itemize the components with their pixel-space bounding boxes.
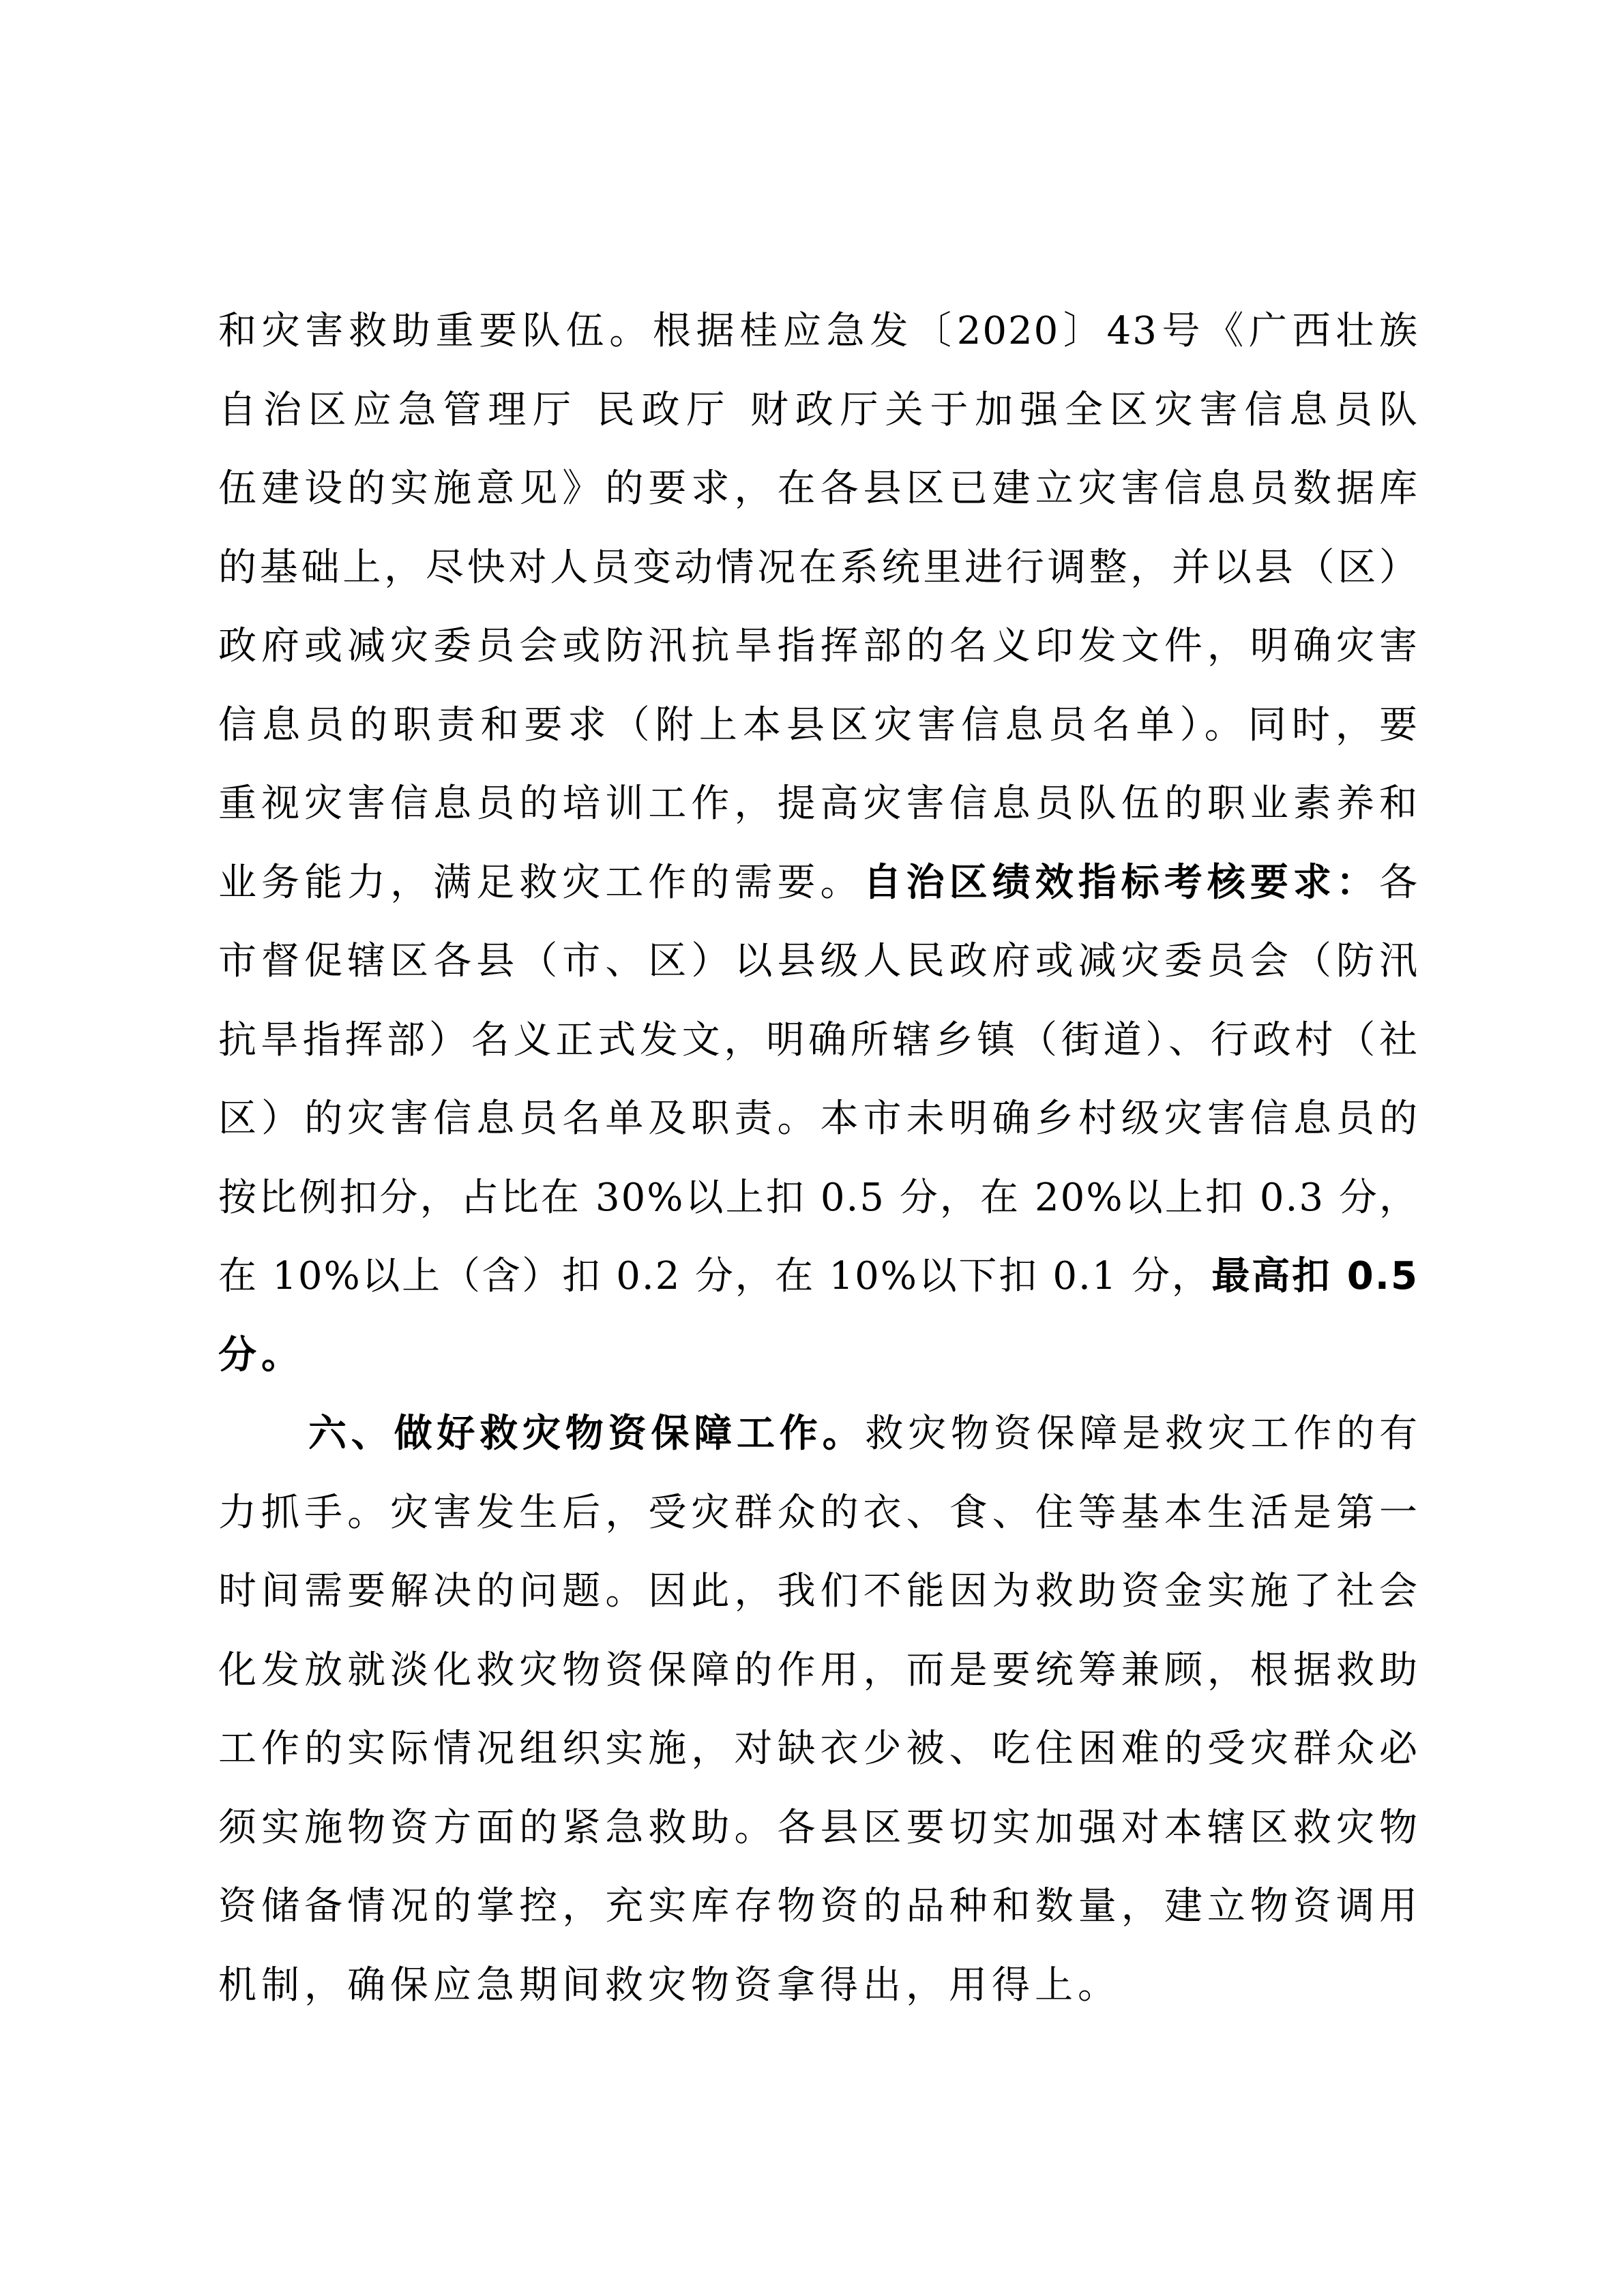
text-segment: 时间需要解决的问题。因此，我们不能因为救助资金实施了社会: [218, 1569, 1419, 1613]
text-line: 市督促辖区各县（市、区）以县级人民政府或减灾委员会（防汛: [218, 922, 1419, 1001]
max-deduction-text: 最高扣 0.5: [1211, 1254, 1419, 1298]
text-line: 在 10%以上（含）扣 0.2 分，在 10%以下扣 0.1 分，最高扣 0.5: [218, 1237, 1419, 1316]
text-segment: 化发放就淡化救灾物资保障的作用，而是要统筹兼顾，根据救助: [218, 1648, 1419, 1693]
document-body: 和灾害救助重要队伍。根据桂应急发〔2020〕43号《广西壮族 自治区应急管理厅 …: [218, 292, 1419, 2025]
text-line: 政府或减灾委员会或防汛抗旱指挥部的名义印发文件，明确灾害: [218, 607, 1419, 686]
text-line: 力抓手。灾害发生后，受灾群众的衣、食、住等基本生活是第一: [218, 1474, 1419, 1553]
text-segment: 业务能力，满足救灾工作的需要。: [218, 861, 863, 905]
text-line: 时间需要解决的问题。因此，我们不能因为救助资金实施了社会: [218, 1552, 1419, 1631]
text-line: 化发放就淡化救灾物资保障的作用，而是要统筹兼顾，根据救助: [218, 1631, 1419, 1710]
section-six-heading: 六、做好救灾物资保障工作。: [308, 1412, 865, 1456]
text-segment: 机制，确保应急期间救灾物资拿得出，用得上。: [218, 1963, 1121, 2008]
text-line: 伍建设的实施意见》的要求，在各县区已建立灾害信息员数据库: [218, 449, 1419, 528]
text-line: 抗旱指挥部）名义正式发文，明确所辖乡镇（街道）、行政村（社: [218, 1001, 1419, 1080]
max-deduction-text: 分。: [218, 1333, 304, 1377]
document-page: 和灾害救助重要队伍。根据桂应急发〔2020〕43号《广西壮族 自治区应急管理厅 …: [0, 0, 1624, 2296]
text-segment: 各: [1379, 861, 1419, 905]
section-heading-line: 六、做好救灾物资保障工作。救灾物资保障是救灾工作的有: [218, 1395, 1419, 1474]
text-segment: 区）的灾害信息员名单及职责。本市未明确乡村级灾害信息员的: [218, 1097, 1419, 1141]
text-segment: 信息员的职责和要求（附上本县区灾害信息员名单）。同时，要: [218, 703, 1419, 747]
text-line: 按比例扣分，占比在 30%以上扣 0.5 分，在 20%以上扣 0.3 分，: [218, 1159, 1419, 1238]
text-segment: 自治区应急管理厅 民政厅 财政厅关于加强全区灾害信息员队: [218, 388, 1419, 432]
text-line: 自治区应急管理厅 民政厅 财政厅关于加强全区灾害信息员队: [218, 371, 1419, 450]
text-line: 业务能力，满足救灾工作的需要。自治区绩效指标考核要求：各: [218, 844, 1419, 923]
text-line: 信息员的职责和要求（附上本县区灾害信息员名单）。同时，要: [218, 686, 1419, 765]
text-line: 的基础上，尽快对人员变动情况在系统里进行调整，并以县（区）: [218, 528, 1419, 608]
text-line: 区）的灾害信息员名单及职责。本市未明确乡村级灾害信息员的: [218, 1079, 1419, 1159]
text-line: 重视灾害信息员的培训工作，提高灾害信息员队伍的职业素养和: [218, 764, 1419, 844]
assessment-requirement-heading: 自治区绩效指标考核要求：: [863, 861, 1379, 905]
text-segment: 须实施物资方面的紧急救助。各县区要切实加强对本辖区救灾物: [218, 1806, 1419, 1850]
text-line: 和灾害救助重要队伍。根据桂应急发〔2020〕43号《广西壮族: [218, 292, 1419, 371]
text-segment: 和灾害救助重要队伍。根据桂应急发〔2020〕43号《广西壮族: [218, 309, 1419, 353]
text-segment: 政府或减灾委员会或防汛抗旱指挥部的名义印发文件，明确灾害: [218, 624, 1419, 668]
text-segment: 的基础上，尽快对人员变动情况在系统里进行调整，并以县（区）: [218, 546, 1419, 590]
text-segment: 重视灾害信息员的培训工作，提高灾害信息员队伍的职业素养和: [218, 781, 1419, 826]
text-segment: 市督促辖区各县（市、区）以县级人民政府或减灾委员会（防汛: [218, 939, 1419, 983]
text-segment: 在 10%以上（含）扣 0.2 分，在 10%以下扣 0.1 分，: [218, 1254, 1211, 1298]
text-line: 须实施物资方面的紧急救助。各县区要切实加强对本辖区救灾物: [218, 1789, 1419, 1868]
text-segment: 工作的实际情况组织实施，对缺衣少被、吃住困难的受灾群众必: [218, 1727, 1419, 1771]
text-segment: 抗旱指挥部）名义正式发文，明确所辖乡镇（街道）、行政村（社: [218, 1018, 1419, 1062]
text-line: 资储备情况的掌控，充实库存物资的品种和数量，建立物资调用: [218, 1867, 1419, 1946]
text-segment: 按比例扣分，占比在 30%以上扣 0.5 分，在 20%以上扣 0.3 分，: [218, 1176, 1419, 1220]
text-line: 分。: [218, 1316, 1419, 1395]
text-segment: 救灾物资保障是救灾工作的有: [865, 1412, 1419, 1456]
text-segment: 力抓手。灾害发生后，受灾群众的衣、食、住等基本生活是第一: [218, 1491, 1419, 1535]
text-segment: 资储备情况的掌控，充实库存物资的品种和数量，建立物资调用: [218, 1884, 1419, 1928]
text-line: 工作的实际情况组织实施，对缺衣少被、吃住困难的受灾群众必: [218, 1710, 1419, 1789]
text-line: 机制，确保应急期间救灾物资拿得出，用得上。: [218, 1946, 1419, 2025]
text-segment: 伍建设的实施意见》的要求，在各县区已建立灾害信息员数据库: [218, 466, 1419, 511]
